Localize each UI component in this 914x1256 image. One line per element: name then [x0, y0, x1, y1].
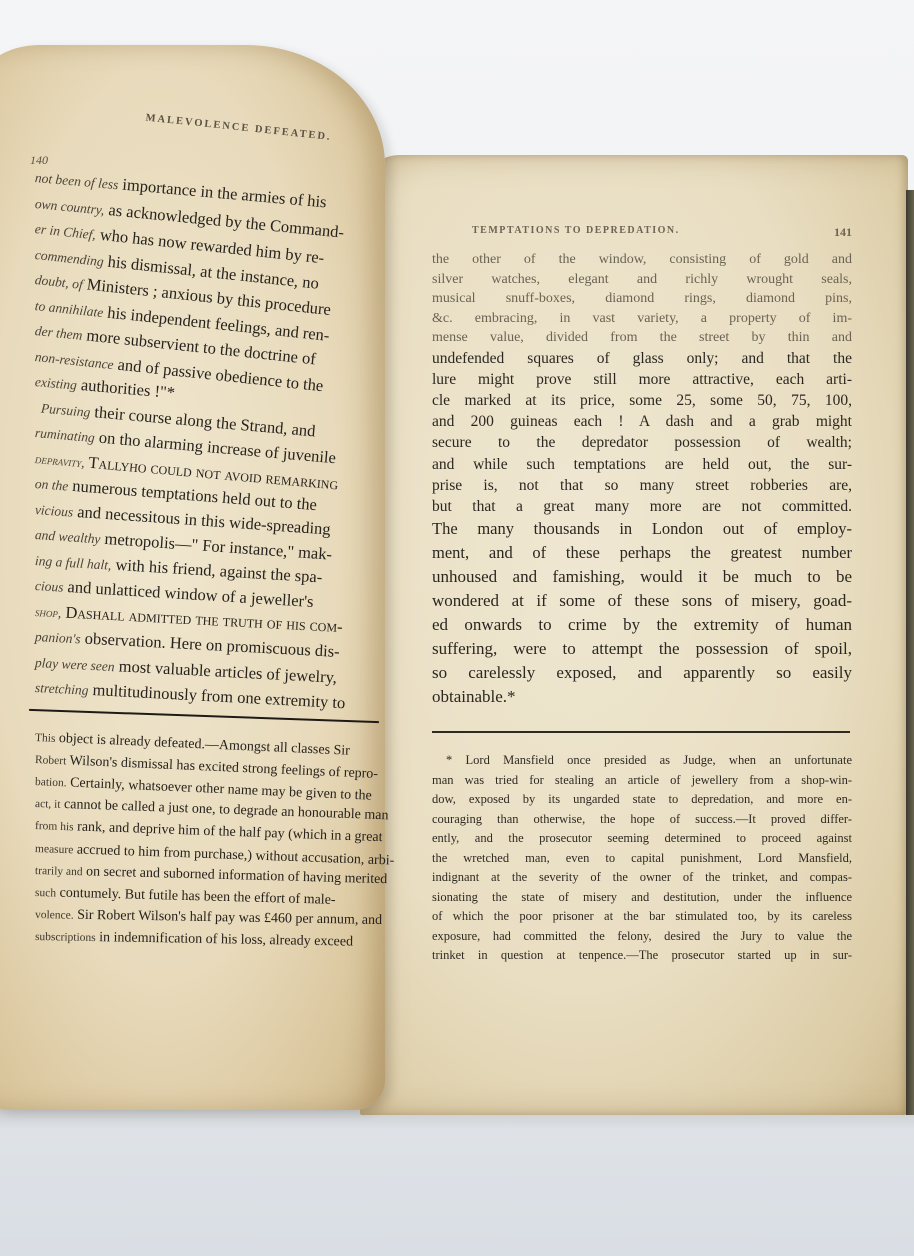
left-running-head: MALEVOLENCE DEFEATED.	[145, 112, 385, 148]
left-page: 140 MALEVOLENCE DEFEATED. not been of le…	[0, 45, 385, 1110]
left-body-text: not been of less importance in the armie…	[35, 165, 375, 949]
text-line: The many thousands in London out of empl…	[432, 517, 852, 541]
text-line: lure might prove still more attractive, …	[432, 369, 852, 390]
right-page: TEMPTATIONS TO DEPREDATION. 141 the othe…	[360, 155, 908, 1115]
text-line: and while such temptations are held out,…	[432, 454, 852, 475]
left-footnote: This object is already defeated.—Amongst…	[35, 727, 375, 949]
footnote-line: ently, and the prosecutor seeming determ…	[432, 829, 852, 849]
text-line: &c. embracing, in vast variety, a proper…	[432, 309, 852, 329]
footnote-line: the wretched man, even to capital punish…	[432, 849, 852, 869]
footnote-line: sionating the state of misery and destit…	[432, 888, 852, 908]
right-running-head: TEMPTATIONS TO DEPREDATION. 141	[432, 225, 852, 240]
footnote-line: indignant at the severity of the owner o…	[432, 868, 852, 888]
text-line: cle marked at its price, some 25, some 5…	[432, 390, 852, 411]
text-line: suffering, were to attempt the possessio…	[432, 637, 852, 661]
text-line: silver watches, elegant and richly wroug…	[432, 270, 852, 290]
right-page-number: 141	[834, 225, 852, 240]
footnote-rule	[432, 731, 850, 733]
text-line: musical snuff-boxes, diamond rings, diam…	[432, 289, 852, 309]
text-line: but that a great many more are not commi…	[432, 496, 852, 517]
text-line: ment, and of these perhaps the greatest …	[432, 541, 852, 565]
right-footnote: * Lord Mansfield once presided as Judge,…	[432, 751, 852, 966]
footnote-line: man was tried for stealing an article of…	[432, 771, 852, 791]
right-body-text: the other of the window, consisting of g…	[432, 250, 852, 709]
text-line: and 200 guineas each ! A dash and a grab…	[432, 411, 852, 432]
text-line: so carelessly exposed, and apparently so…	[432, 661, 852, 685]
text-line: secure to the depredator possession of w…	[432, 432, 852, 453]
right-running-head-title: TEMPTATIONS TO DEPREDATION.	[472, 225, 680, 240]
footnote-line: subscriptions in indemnification of his …	[35, 926, 375, 954]
text-line: obtainable.*	[432, 685, 852, 709]
footnote-line: * Lord Mansfield once presided as Judge,…	[432, 751, 852, 771]
text-line: wondered at if some of these sons of mis…	[432, 589, 852, 613]
text-line: ed onwards to crime by the extremity of …	[432, 613, 852, 637]
left-page-content: MALEVOLENCE DEFEATED.	[85, 125, 385, 140]
text-line: prise is, not that so many street robber…	[432, 475, 852, 496]
footnote-line: exposure, had committed the felony, desi…	[432, 927, 852, 947]
text-line: undefended squares of glass only; and th…	[432, 348, 852, 369]
footnote-line: dow, exposed by its ungarded state to de…	[432, 790, 852, 810]
right-page-content: TEMPTATIONS TO DEPREDATION. 141 the othe…	[432, 225, 852, 966]
book-cover-edge	[906, 190, 914, 1115]
footnote-line: trinket in question at tenpence.—The pro…	[432, 946, 852, 966]
footnote-line: of which the poor prisoner at the bar st…	[432, 907, 852, 927]
text-line: unhoused and famishing, would it be much…	[432, 565, 852, 589]
text-line: mense value, divided from the street by …	[432, 328, 852, 348]
footnote-line: couraging than otherwise, the hope of su…	[432, 810, 852, 830]
text-line: the other of the window, consisting of g…	[432, 250, 852, 270]
